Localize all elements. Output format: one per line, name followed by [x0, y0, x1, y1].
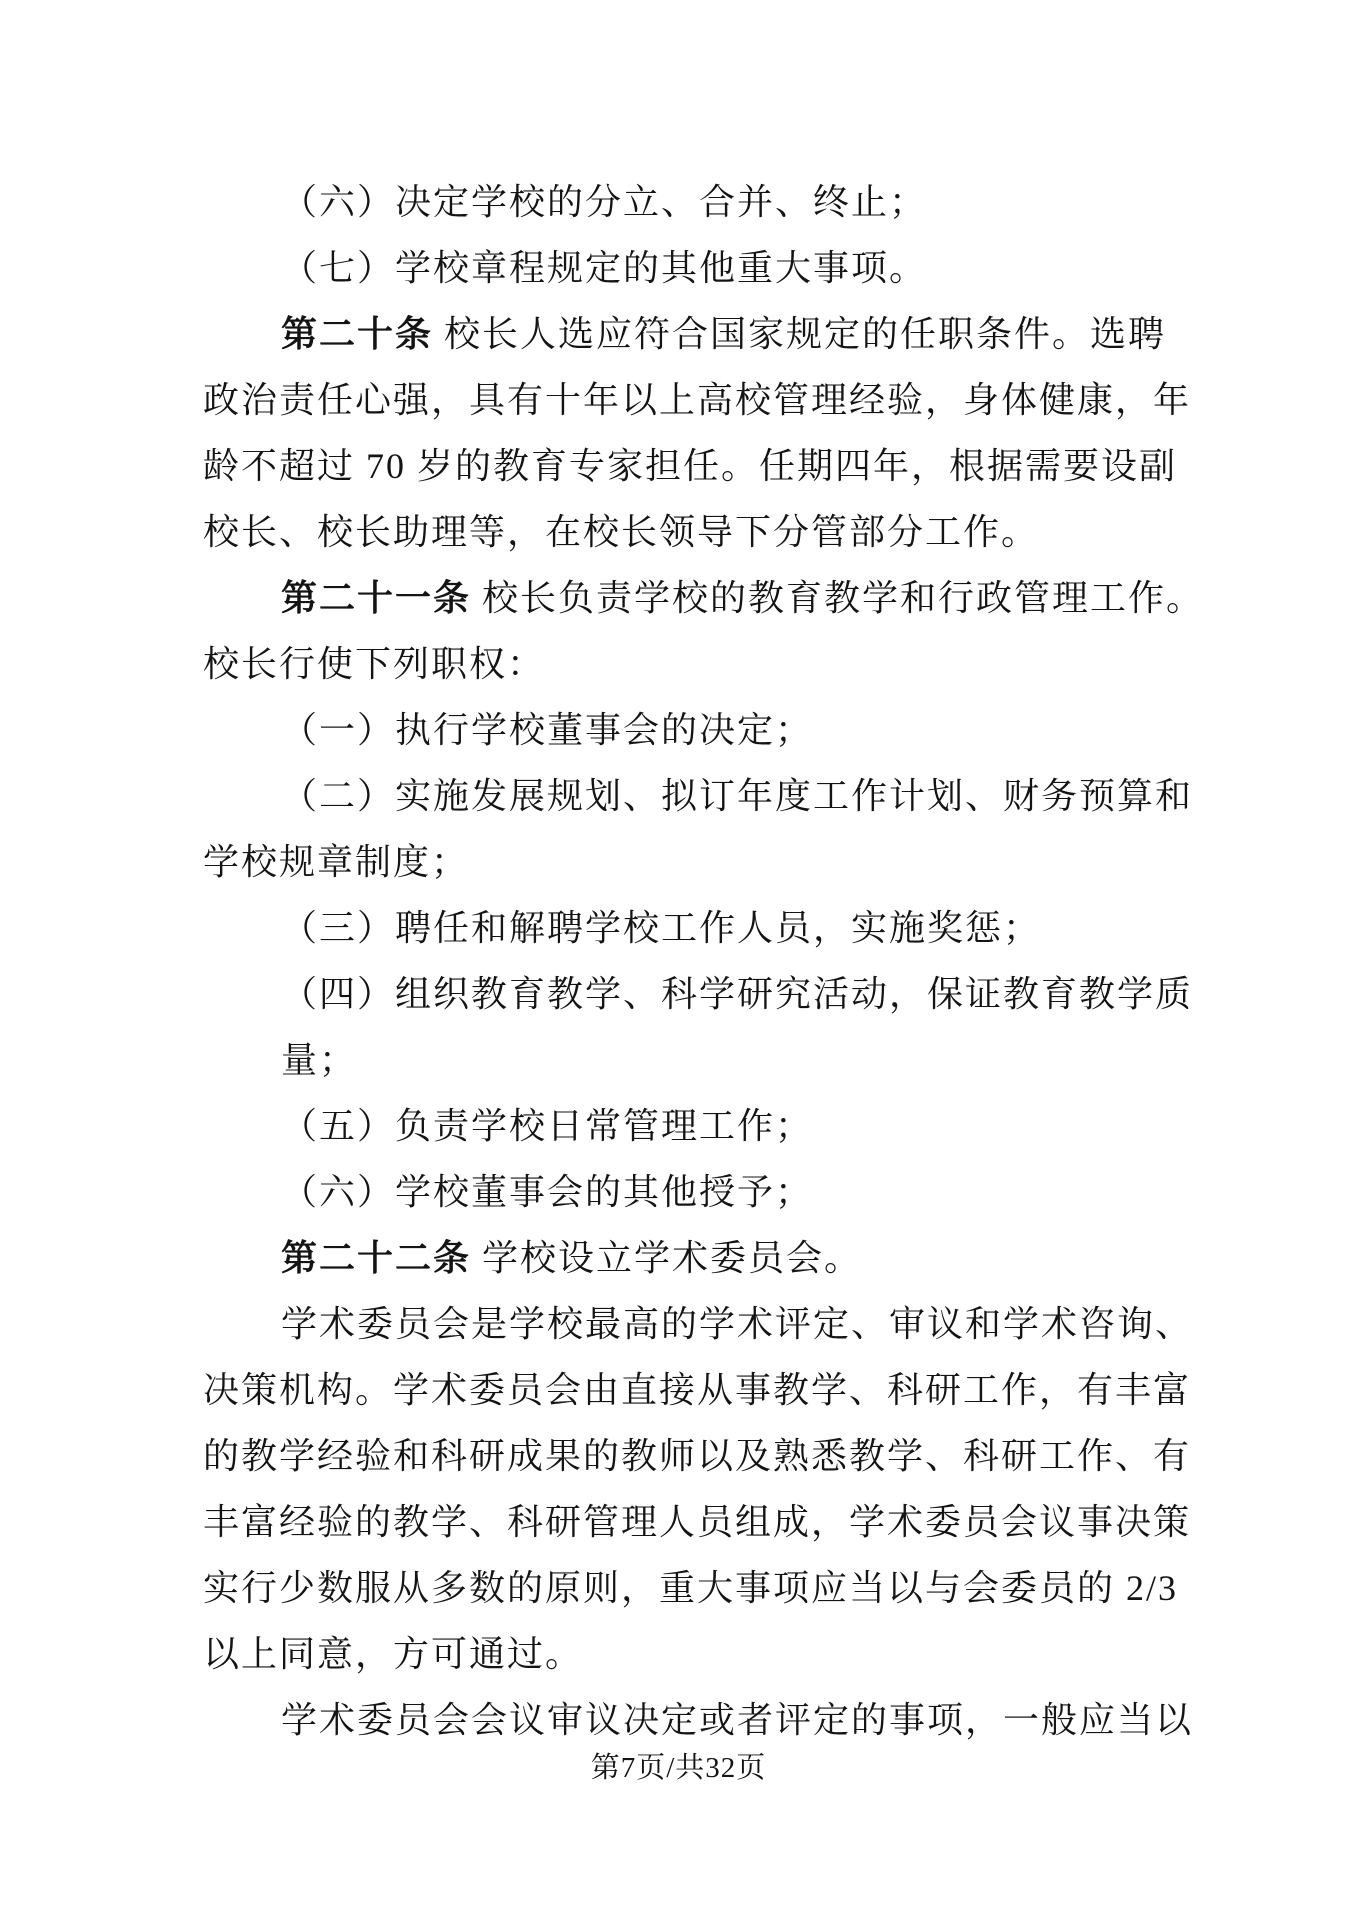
text-line: （六）决定学校的分立、合并、终止； — [203, 169, 1155, 235]
text-line: 第二十条 校长人选应符合国家规定的任职条件。选聘 — [203, 301, 1155, 367]
body-text: 学术委员会是学校最高的学术评定、审议和学术咨询、 — [281, 1304, 1193, 1344]
text-line: 第二十二条 学校设立学术委员会。 — [203, 1225, 1155, 1291]
article-heading: 第二十条 — [281, 314, 433, 354]
body-text: 龄不超过 70 岁的教育专家担任。任期四年，根据需要设副 — [203, 446, 1177, 486]
text-line: （五）负责学校日常管理工作； — [203, 1093, 1155, 1159]
text-line: 量； — [203, 1027, 1155, 1093]
document-page: （六）决定学校的分立、合并、终止；（七）学校章程规定的其他重大事项。第二十条 校… — [0, 0, 1357, 1920]
text-line: （七）学校章程规定的其他重大事项。 — [203, 235, 1155, 301]
text-line: 龄不超过 70 岁的教育专家担任。任期四年，根据需要设副 — [203, 433, 1155, 499]
text-line: 学术委员会会议审议决定或者评定的事项，一般应当以 — [203, 1687, 1155, 1753]
body-text: 校长、校长助理等，在校长领导下分管部分工作。 — [203, 512, 1039, 552]
text-line: 实行少数服从多数的原则，重大事项应当以与会委员的 2/3 — [203, 1555, 1155, 1621]
body-text: 学校设立学术委员会。 — [471, 1238, 862, 1278]
body-text: （六）学校董事会的其他授予； — [281, 1172, 813, 1212]
body-text: （五）负责学校日常管理工作； — [281, 1106, 813, 1146]
page-number-footer: 第7页/共32页 — [0, 1745, 1357, 1786]
body-text: 的教学经验和科研成果的教师以及熟悉教学、科研工作、有 — [203, 1436, 1191, 1476]
text-line: （四）组织教育教学、科学研究活动，保证教育教学质 — [203, 961, 1155, 1027]
text-line: 第二十一条 校长负责学校的教育教学和行政管理工作。 — [203, 565, 1155, 631]
text-line: 政治责任心强，具有十年以上高校管理经验，身体健康，年 — [203, 367, 1155, 433]
body-text: 决策机构。学术委员会由直接从事教学、科研工作，有丰富 — [203, 1370, 1191, 1410]
text-line: 校长、校长助理等，在校长领导下分管部分工作。 — [203, 499, 1155, 565]
body-text: 实行少数服从多数的原则，重大事项应当以与会委员的 2/3 — [203, 1568, 1178, 1608]
body-text: （四）组织教育教学、科学研究活动，保证教育教学质 — [281, 974, 1193, 1014]
text-line: 学校规章制度； — [203, 829, 1155, 895]
text-body: （六）决定学校的分立、合并、终止；（七）学校章程规定的其他重大事项。第二十条 校… — [203, 169, 1155, 1753]
text-line: 的教学经验和科研成果的教师以及熟悉教学、科研工作、有 — [203, 1423, 1155, 1489]
body-text: （三）聘任和解聘学校工作人员，实施奖惩； — [281, 908, 1041, 948]
text-line: 以上同意，方可通过。 — [203, 1621, 1155, 1687]
body-text: （二）实施发展规划、拟订年度工作计划、财务预算和 — [281, 776, 1193, 816]
body-text: 丰富经验的教学、科研管理人员组成，学术委员会议事决策 — [203, 1502, 1191, 1542]
article-heading: 第二十一条 — [281, 578, 471, 618]
text-line: 丰富经验的教学、科研管理人员组成，学术委员会议事决策 — [203, 1489, 1155, 1555]
text-line: （六）学校董事会的其他授予； — [203, 1159, 1155, 1225]
body-text: 学校规章制度； — [203, 842, 469, 882]
body-text: 政治责任心强，具有十年以上高校管理经验，身体健康，年 — [203, 380, 1191, 420]
article-heading: 第二十二条 — [281, 1238, 471, 1278]
body-text: 校长负责学校的教育教学和行政管理工作。 — [471, 578, 1204, 618]
text-line: （一）执行学校董事会的决定； — [203, 697, 1155, 763]
body-text: （六）决定学校的分立、合并、终止； — [281, 182, 927, 222]
text-line: （二）实施发展规划、拟订年度工作计划、财务预算和 — [203, 763, 1155, 829]
text-line: （三）聘任和解聘学校工作人员，实施奖惩； — [203, 895, 1155, 961]
body-text: 以上同意，方可通过。 — [203, 1634, 583, 1674]
body-text: （一）执行学校董事会的决定； — [281, 710, 813, 750]
body-text: 校长行使下列职权： — [203, 644, 545, 684]
text-line: 校长行使下列职权： — [203, 631, 1155, 697]
body-text: 学术委员会会议审议决定或者评定的事项，一般应当以 — [281, 1700, 1193, 1740]
body-text: （七）学校章程规定的其他重大事项。 — [281, 248, 927, 288]
body-text: 校长人选应符合国家规定的任职条件。选聘 — [433, 314, 1166, 354]
body-text: 量； — [281, 1040, 357, 1080]
text-line: 学术委员会是学校最高的学术评定、审议和学术咨询、 — [203, 1291, 1155, 1357]
text-line: 决策机构。学术委员会由直接从事教学、科研工作，有丰富 — [203, 1357, 1155, 1423]
